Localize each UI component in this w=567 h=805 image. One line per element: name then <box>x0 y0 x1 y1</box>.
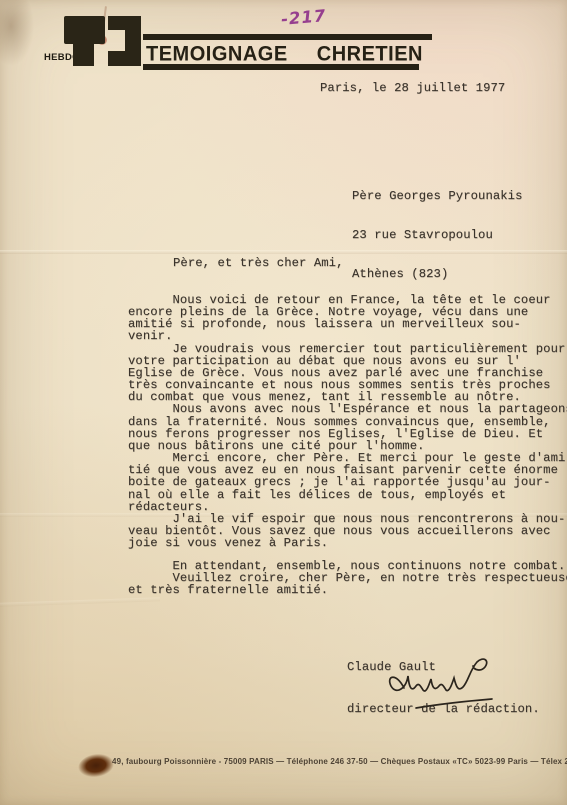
footer-address-line: 49, faubourg Poissonnière - 75009 PARIS … <box>112 757 567 766</box>
dateline: Paris, le 28 juillet 1977 <box>320 82 505 94</box>
masthead-rule-top <box>143 34 432 40</box>
recipient-name: Père Georges Pyrounakis <box>352 190 523 203</box>
letter-body-part1: Nous voici de retour en France, la tête … <box>128 294 567 549</box>
letter-body-part2: En attendant, ensemble, nous continuons … <box>128 560 567 596</box>
recipient-city: Athènes (823) <box>352 268 523 281</box>
recipient-street: 23 rue Stavropoulou <box>352 229 523 242</box>
handwritten-number: -217 <box>280 6 327 29</box>
masthead-rule-bottom <box>143 64 419 70</box>
salutation: Père, et très cher Ami, <box>173 257 344 269</box>
signature-autograph-icon <box>382 656 507 726</box>
recipient-address: Père Georges Pyrounakis 23 rue Stavropou… <box>352 164 523 294</box>
tc-monogram-icon <box>60 12 145 70</box>
